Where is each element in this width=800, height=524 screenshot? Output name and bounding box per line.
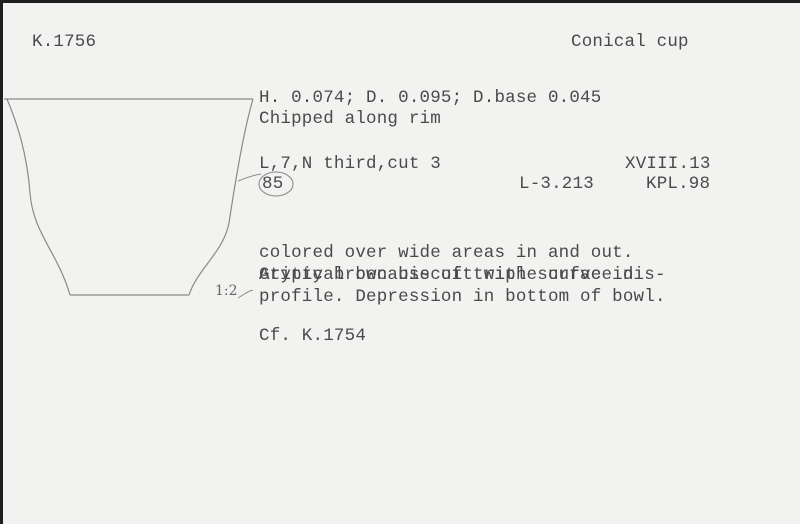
cup-profile-drawing xyxy=(3,3,800,524)
catalog-card: K.1756 Conical cup H. 0.074; D. 0.095; D… xyxy=(3,3,800,524)
